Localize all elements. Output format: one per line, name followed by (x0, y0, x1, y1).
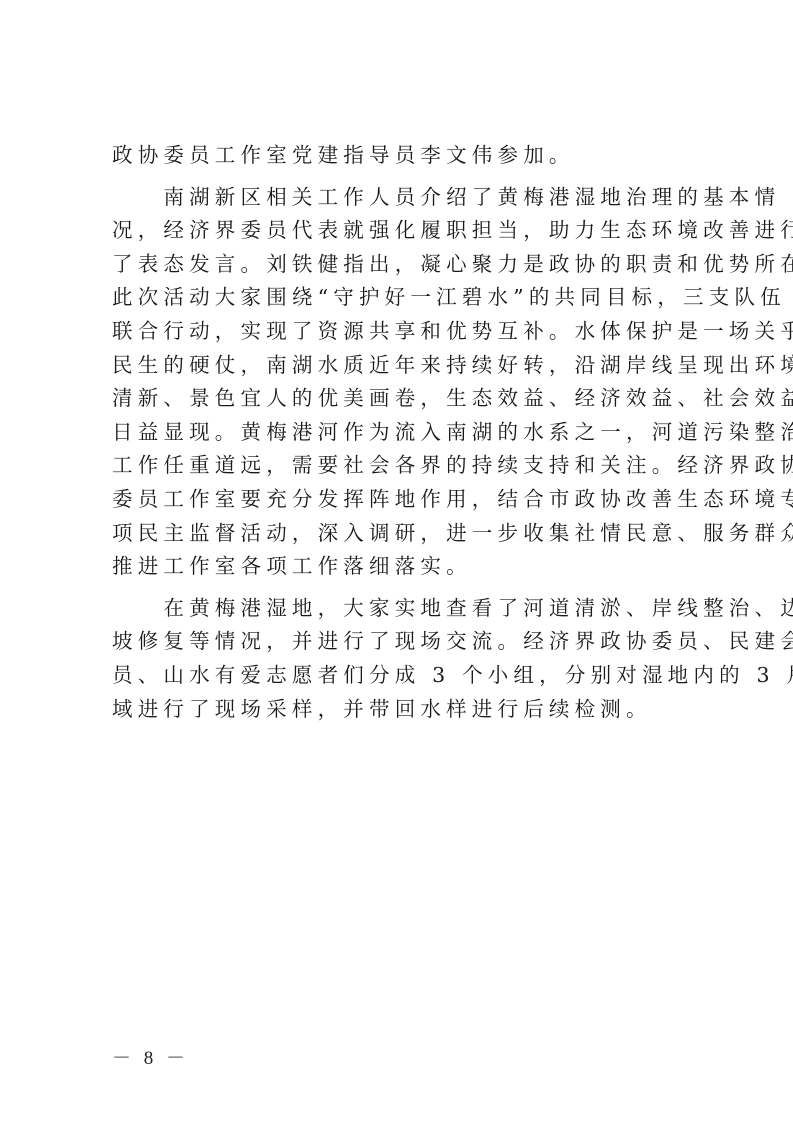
text-line: 联合行动，实现了资源共享和优势互补。水体保护是一场关乎 (112, 315, 692, 349)
page-number: － 8 － (112, 1043, 189, 1070)
text-line: 委员工作室要充分发挥阵地作用，结合市政协改善生态环境专 (112, 483, 692, 517)
text-line: 此次活动大家围绕“守护好一江碧水”的共同目标，三支队伍 (112, 281, 692, 315)
text-line: 员、山水有爱志愿者们分成 3 个小组，分别对湿地内的 3 片水 (112, 659, 692, 693)
text-line: 政协委员工作室党建指导员李文伟参加。 (112, 139, 692, 173)
text-line: 推进工作室各项工作落细落实。 (112, 550, 692, 584)
text-line: 日益显现。黄梅港河作为流入南湖的水系之一，河道污染整治 (112, 416, 692, 450)
text-line: 在黄梅港湿地，大家实地查看了河道清淤、岸线整治、边 (112, 592, 692, 626)
text-line: 项民主监督活动，深入调研，进一步收集社情民意、服务群众， (112, 517, 692, 551)
text-line: 了表态发言。刘铁健指出，凝心聚力是政协的职责和优势所在， (112, 248, 692, 282)
document-page: 政协委员工作室党建指导员李文伟参加。 南湖新区相关工作人员介绍了黄梅港湿地治理的… (0, 0, 793, 1122)
body-text: 政协委员工作室党建指导员李文伟参加。 南湖新区相关工作人员介绍了黄梅港湿地治理的… (112, 139, 692, 726)
paragraph-1: 政协委员工作室党建指导员李文伟参加。 (112, 139, 692, 173)
text-line: 况，经济界委员代表就强化履职担当，助力生态环境改善进行 (112, 214, 692, 248)
text-line: 清新、景色宜人的优美画卷，生态效益、经济效益、社会效益 (112, 382, 692, 416)
text-line: 域进行了现场采样，并带回水样进行后续检测。 (112, 693, 692, 727)
text-line: 工作任重道远，需要社会各界的持续支持和关注。经济界政协 (112, 449, 692, 483)
text-line: 民生的硬仗，南湖水质近年来持续好转，沿湖岸线呈现出环境 (112, 349, 692, 383)
paragraph-2: 南湖新区相关工作人员介绍了黄梅港湿地治理的基本情 况，经济界委员代表就强化履职担… (112, 181, 692, 584)
paragraph-3: 在黄梅港湿地，大家实地查看了河道清淤、岸线整治、边 坡修复等情况，并进行了现场交… (112, 592, 692, 726)
text-line: 南湖新区相关工作人员介绍了黄梅港湿地治理的基本情 (112, 181, 692, 215)
text-line: 坡修复等情况，并进行了现场交流。经济界政协委员、民建会 (112, 625, 692, 659)
